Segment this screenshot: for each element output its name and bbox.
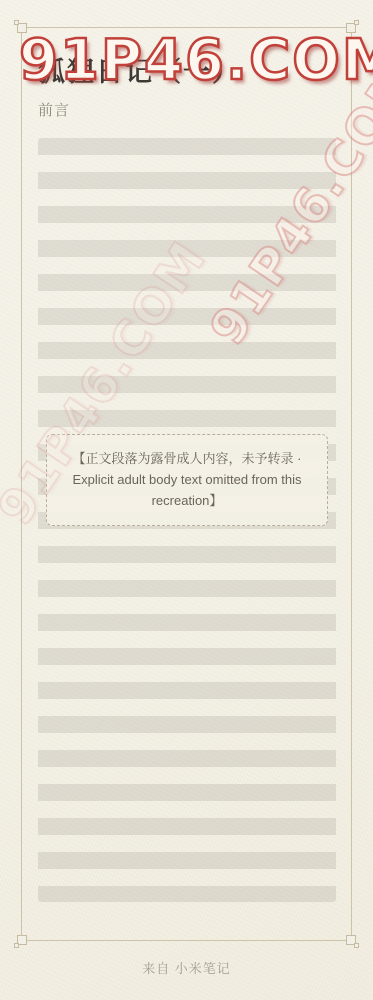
- redaction-notice: 【正文段落为露骨成人内容，未予转录 · Explicit adult body …: [46, 434, 328, 526]
- body-text-block: 【正文段落为露骨成人内容，未予转录 · Explicit adult body …: [38, 138, 336, 902]
- source-attribution: 来自 小米笔记: [0, 958, 373, 977]
- frame-corner-ornament: [17, 23, 27, 33]
- frame-corner-ornament: [17, 935, 27, 945]
- note-page: 狐狸日记（一） 前言 【正文段落为露骨成人内容，未予转录 · Explicit …: [0, 0, 373, 1000]
- frame-corner-ornament: [346, 23, 356, 33]
- frame-corner-ornament: [346, 935, 356, 945]
- preface-heading: 前言: [38, 99, 70, 120]
- page-title: 狐狸日记（一）: [38, 50, 241, 89]
